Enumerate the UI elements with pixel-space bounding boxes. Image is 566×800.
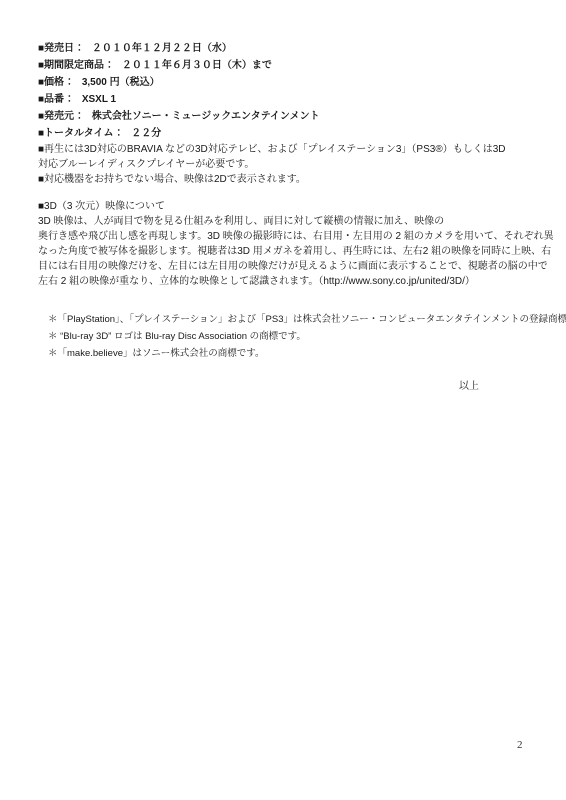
spec-release-date: ■発売日 ： ２０１０年１２月２２日（水） [38,40,532,57]
note-3d-requirements-line2: 対応ブルーレイディスクプレイヤーが必要です。 [38,157,532,172]
document-content: ■発売日 ： ２０１０年１２月２２日（水） ■期間限定商品 ： ２０１１年６月３… [38,40,532,394]
closing-ijou: 以上 [38,379,532,394]
playback-notes: ■再生には3D対応のBRAVIA などの3D対応テレビ、および「プレイステーショ… [38,142,532,187]
section-about-3d-body-line1: 3D 映像は、人が両目で物を見る仕組みを利用し、両目に対して縦横の情報に加え、映… [38,214,532,229]
spec-publisher: ■発売元 ： 株式会社ソニー・ミュージックエンタテインメント [38,108,532,125]
note-3d-requirements-line1: ■再生には3D対応のBRAVIA などの3D対応テレビ、および「プレイステーショ… [38,142,532,157]
trademark-notices: ＊「PlayStation」、「プレイステーション」および「PS3」は株式会社ソ… [38,311,532,362]
note-2d-fallback: ■対応機器をお持ちでない場合、映像は2Dで表示されます。 [38,172,532,187]
section-about-3d-body-line5: 左右 2 組の映像が重なり、立体的な映像として認識されます。（http://ww… [38,274,532,289]
spec-catalog-number: ■品番 ： XSXL 1 [38,91,532,108]
page-number: 2 [517,739,523,751]
section-about-3d-body-line4: 目には右目用の映像だけを、左目には左目用の映像だけが見えるように画面に表示するこ… [38,259,532,274]
section-about-3d-body-line3: なった角度で被写体を撮影します。視聴者は3D 用メガネを着用し、再生時には、左右… [38,244,532,259]
trademark-make-believe: ＊「make.believe」はソニー株式会社の商標です。 [48,345,532,362]
trademark-playstation: ＊「PlayStation」、「プレイステーション」および「PS3」は株式会社ソ… [48,311,532,328]
section-about-3d-body-line2: 奥行き感や飛び出し感を再現します。3D 映像の撮影時には、右目用・左目用の 2 … [38,229,532,244]
section-about-3d: ■3D（3 次元）映像について 3D 映像は、人が両目で物を見る仕組みを利用し、… [38,199,532,289]
spec-limited-period: ■期間限定商品 ： ２０１１年６月３０日（木）まで [38,57,532,74]
product-spec-list: ■発売日 ： ２０１０年１２月２２日（水） ■期間限定商品 ： ２０１１年６月３… [38,40,532,142]
trademark-bluray-3d: ＊ “Blu-ray 3D” ロゴは Blu-ray Disc Associat… [48,328,532,345]
spec-price: ■価格 ： 3,500 円（税込） [38,74,532,91]
section-about-3d-body-line5-close: ） [465,276,475,287]
spec-total-time: ■トータルタイム ： ２２分 [38,125,532,142]
sony-3d-url: http://www.sony.co.jp/united/3D/ [323,276,465,287]
section-about-3d-body-line5-text: 左右 2 組の映像が重なり、立体的な映像として認識されます。（ [38,276,323,287]
document-page: ■発売日 ： ２０１０年１２月２２日（水） ■期間限定商品 ： ２０１１年６月３… [0,0,566,800]
section-about-3d-title: ■3D（3 次元）映像について [38,199,532,214]
